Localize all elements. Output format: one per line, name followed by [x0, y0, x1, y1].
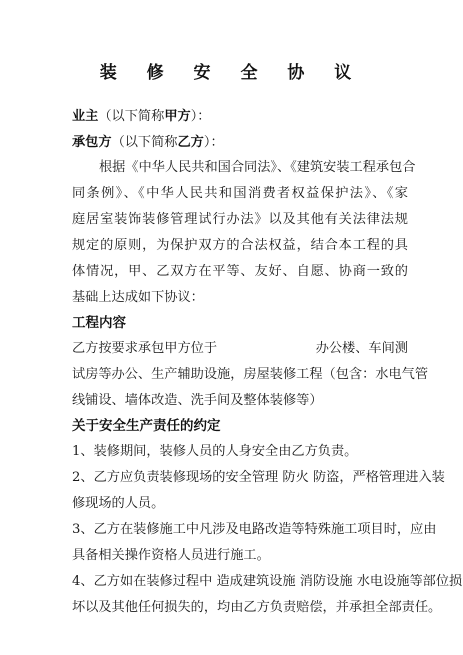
contractor-suffix-pre: （以下简称 — [112, 135, 178, 150]
work-content-line: 线铺设、墙体改造、洗手间及整体装修等） — [72, 391, 408, 411]
safety-clause-line: 4、乙方如在装修过程中 造成建筑设施 消防设施 水电设施等部位损 — [72, 572, 408, 592]
preamble-line: 基础上达成如下协议： — [72, 288, 408, 308]
owner-suffix-pre: （以下简称 — [98, 109, 164, 124]
contractor-short: 乙方 — [178, 135, 204, 150]
safety-clause-line: 具备相关操作资格人员进行施工。 — [72, 546, 408, 566]
contractor-line: 承包方（以下简称乙方）： — [72, 133, 408, 153]
document-page: 装 修 安 全 协 议 业主（以下简称甲方）： 承包方（以下简称乙方）： 根据《… — [0, 0, 463, 655]
safety-clause-line: 3、乙方在装修施工中凡涉及电路改造等特殊施工项目时，应由 — [72, 520, 408, 540]
contractor-suffix-post: ）： — [204, 135, 224, 150]
document-title: 装 修 安 全 协 议 — [0, 58, 463, 83]
work-location-prefix: 乙方按要求承包甲方位于 — [72, 341, 217, 356]
owner-suffix-post: ）： — [191, 109, 211, 124]
section-heading-safety: 关于安全生产责任的约定 — [72, 416, 408, 436]
safety-clause-line: 2、乙方应负责装修现场的安全管理 防火 防盗，严格管理进入装 — [72, 468, 408, 488]
safety-clause-line: 坏以及其他任何损失的，均由乙方负责赔偿，并承担全部责任。 — [72, 598, 408, 618]
preamble-line: 同条例》、《中华人民共和国消费者权益保护法》、《家 — [72, 184, 408, 204]
safety-clause-line: 修现场的人员。 — [72, 494, 408, 514]
preamble-line: 根据《中华人民共和国合同法》、《建筑安装工程承包合 — [72, 158, 408, 178]
section-heading-work-content: 工程内容 — [72, 313, 408, 333]
preamble-line: 规定的原则，为保护双方的合法权益，结合本工程的具 — [72, 236, 408, 256]
work-content-line: 试房等办公、生产辅助设施，房屋装修工程（包含：水电气管 — [72, 365, 408, 385]
owner-short: 甲方 — [164, 109, 190, 124]
safety-clause-line: 1、装修期间，装修人员的人身安全由乙方负责。 — [72, 442, 408, 462]
work-content-line: 乙方按要求承包甲方位于 办公楼、车间测 — [72, 339, 408, 359]
preamble-line: 体情况，甲、乙双方在平等、友好、自愿、协商一致的 — [72, 262, 408, 282]
work-location-suffix: 办公楼、车间测 — [316, 339, 408, 359]
contractor-label: 承包方 — [72, 135, 112, 150]
preamble-line: 庭居室装饰装修管理试行办法》以及其他有关法律法规 — [72, 210, 408, 230]
owner-line: 业主（以下简称甲方）： — [72, 107, 408, 127]
owner-label: 业主 — [72, 109, 98, 124]
